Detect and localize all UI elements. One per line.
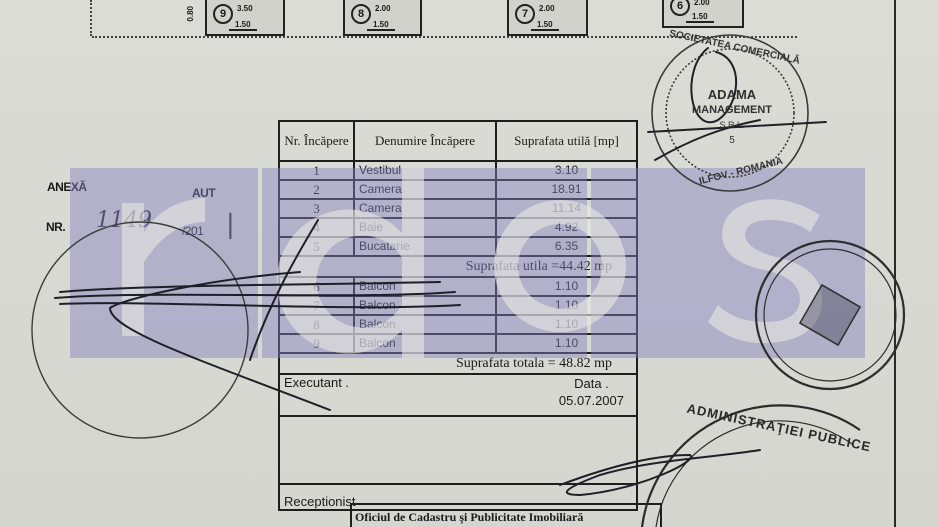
date-block: Data . 05.07.2007 xyxy=(559,375,632,409)
executant-cell: Executant . Data . 05.07.2007 xyxy=(279,374,637,416)
header-name: Denumire Încăpere xyxy=(354,121,496,161)
company-name-line1: ADAMA xyxy=(708,87,756,102)
date-label: Data . xyxy=(574,376,609,391)
executant-row: Executant . Data . 05.07.2007 xyxy=(279,374,637,416)
watermark-block xyxy=(70,168,258,358)
company-suffix: S.R.L. xyxy=(719,120,744,130)
header-nr: Nr. Încăpere xyxy=(279,121,354,161)
plan-room-label: 7 2.00 1.50 xyxy=(507,0,588,36)
room-area: 3.50 xyxy=(237,4,253,13)
room-dimension: 1.50 xyxy=(686,12,714,23)
room-dimension: 1.50 xyxy=(229,20,257,31)
side-dimension: 0.80 xyxy=(186,6,195,22)
receptionist-label: Receptionist xyxy=(284,494,356,509)
date-value: 05.07.2007 xyxy=(559,393,624,408)
room-dimension: 1.50 xyxy=(367,20,395,31)
room-dimension: 1.50 xyxy=(531,20,559,31)
signature-row xyxy=(279,416,637,484)
header-area: Suprafata utilă [mp] xyxy=(496,121,637,161)
company-stamp-name: ADAMA MANAGEMENT S.R.L. 5 xyxy=(690,88,774,148)
table-header-row: Nr. Încăpere Denumire Încăpere Suprafata… xyxy=(279,121,637,161)
plan-room-label: 9 3.50 1.50 xyxy=(205,0,285,36)
watermark-block xyxy=(591,168,865,358)
page-border-line xyxy=(894,0,896,527)
signature-cell xyxy=(279,416,637,484)
office-stamp-box: Oficiul de Cadastru şi Publicitate Imobi… xyxy=(350,503,662,527)
room-area: 2.00 xyxy=(539,4,555,13)
plan-room-label: 8 2.00 1.50 xyxy=(343,0,422,36)
company-number: 5 xyxy=(729,135,735,146)
company-name-line2: MANAGEMENT xyxy=(692,104,772,116)
annex-nr-label: NR. xyxy=(46,220,65,234)
room-area: 2.00 xyxy=(375,4,391,13)
plan-dotted-line-left xyxy=(90,0,92,36)
room-area: 2.00 xyxy=(694,0,710,7)
watermark-block xyxy=(262,168,587,358)
plan-room-label: 6 2.00 1.50 xyxy=(662,0,744,28)
executant-label: Executant . xyxy=(284,375,349,390)
